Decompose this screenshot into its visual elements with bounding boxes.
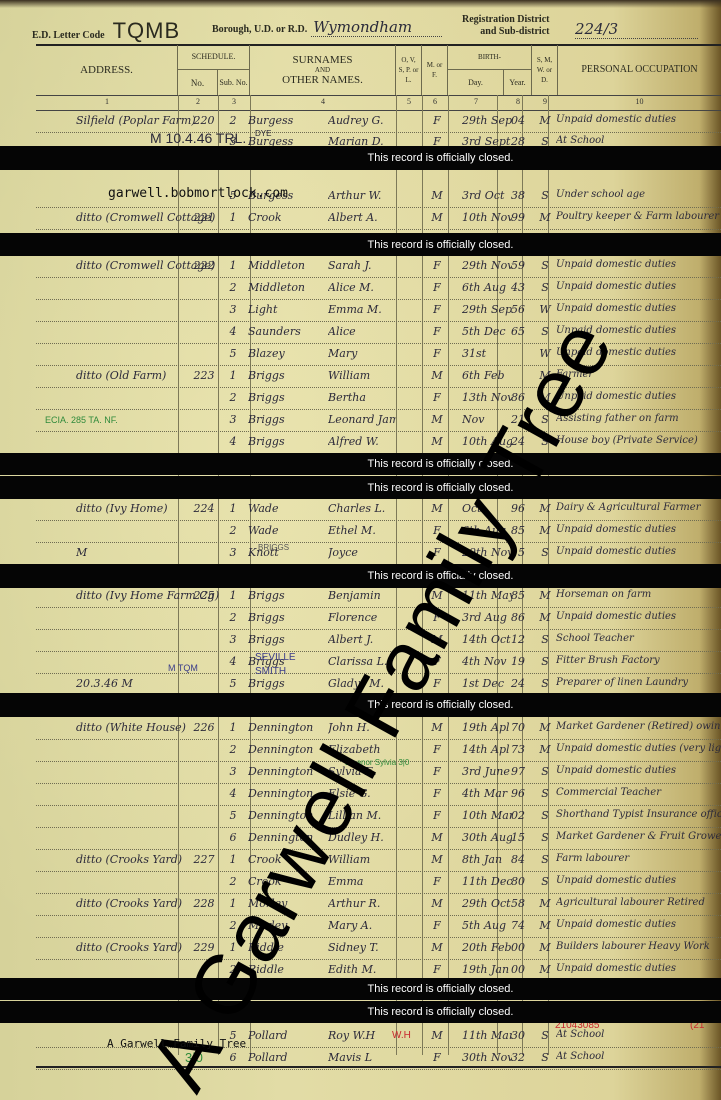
table-row: 4SaundersAliceF5th Dec65SUnpaid domestic… [36,321,721,344]
birth-day-cell: 10th Aug [462,435,512,448]
occupation-cell: Assisting father on farm [556,413,721,424]
sex-cell: F [429,524,445,537]
table-row: 6DenningtonDudley H.M30th Aug15SMarket G… [36,827,721,850]
occupation-cell: Unpaid domestic duties [556,347,721,358]
marital-status-cell: S [536,633,554,646]
address-cell: 20.3.46 M [76,677,226,690]
forename-cell: Roy W.H [328,1029,396,1042]
col-number: 5 [396,97,422,106]
birth-day-cell: 11th Dec [462,875,512,888]
birth-year-cell: 32 [506,1051,530,1064]
schedule-sub-cell: 3 [225,413,241,426]
birth-day-cell: 10th Mar [462,809,512,822]
schedule-sub-cell: 1 [225,941,241,954]
col-occupation: PERSONAL OCCUPATION [558,45,721,95]
birth-year-cell: 97 [506,765,530,778]
schedule-sub-cell: 2 [225,524,241,537]
birth-day-cell: 10th Nov [462,211,512,224]
annotation-smith: SMITH [255,666,286,677]
col-surnames-line3: OTHER NAMES. [282,75,363,85]
birth-day-cell: 4th Nov [462,655,512,668]
birth-year-cell: 02 [506,809,530,822]
marital-status-cell: S [536,281,554,294]
surname-cell: Crook [248,211,328,224]
closed-record-bar: This record is officially closed. [0,564,721,588]
occupation-cell: Unpaid domestic duties [556,391,721,402]
closed-record-bar: This record is officially closed. [0,146,721,170]
sex-cell: F [429,281,445,294]
sex-cell: F [429,347,445,360]
col-number: 6 [422,97,448,106]
schedule-no-cell: 229 [186,941,222,954]
forename-cell: Benjamin [328,589,396,602]
surname-cell: Crook [248,875,328,888]
birth-day-cell: 6th Aug [462,524,512,537]
schedule-sub-cell: 4 [225,787,241,800]
occupation-cell: Unpaid domestic duties [556,546,721,557]
surname-cell: Morley [248,919,328,932]
forename-cell: Florence [328,611,396,624]
surname-cell: Pollard [248,1029,328,1042]
marital-status-cell: M [536,391,554,404]
schedule-sub-cell: 3 [225,765,241,778]
schedule-sub-cell: 1 [225,853,241,866]
marital-status-cell: W [536,347,554,360]
occupation-cell: Unpaid domestic duties [556,919,721,930]
sex-cell: M [429,853,445,866]
occupation-cell: School Teacher [556,633,721,644]
birth-day-cell: 20th Feb [462,941,512,954]
col-number: 1 [36,97,178,106]
census-page: E.D. Letter Code TQMB Borough, U.D. or R… [0,0,721,1100]
schedule-sub-cell: 4 [225,325,241,338]
schedule-no-cell: 226 [186,721,222,734]
schedule-sub-cell: 5 [225,809,241,822]
col-ovspl: O, V, S, P. or L. [396,45,422,95]
occupation-cell: Unpaid domestic duties [556,114,721,125]
birth-day-cell: 11th May [462,589,512,602]
table-row: 3BriggsAlbert J.M14th Oct12SSchool Teach… [36,629,721,652]
table-row: ditto (Ivy Home Farm Cg)2251BriggsBenjam… [36,585,721,608]
occupation-cell: Unpaid domestic duties [556,611,721,622]
surname-cell: Briggs [248,435,328,448]
occupation-cell: Unpaid domestic duties [556,963,721,974]
occupation-cell: Unpaid domestic duties [556,765,721,776]
birth-year-cell: 04 [506,114,530,127]
sex-cell: F [429,546,445,559]
sex-cell: M [429,189,445,202]
table-row: 2MorleyMary A.F5th Aug74MUnpaid domestic… [36,915,721,938]
marital-status-cell: M [536,524,554,537]
schedule-sub-cell: 1 [225,502,241,515]
surname-cell: Saunders [248,325,328,338]
birth-year-cell: 19 [506,655,530,668]
col-schedule: SCHEDULE. [178,45,250,69]
occupation-cell: Farmer [556,369,721,380]
table-row: ditto (Crooks Yard)2291RiddleSidney T.M2… [36,937,721,960]
forename-cell: Audrey G. [328,114,396,127]
sex-cell: M [429,831,445,844]
sex-cell: M [429,369,445,382]
birth-year-cell: 96 [506,787,530,800]
birth-day-cell: 6th Feb [462,369,512,382]
sex-cell: M [429,589,445,602]
forename-cell: Clarissa L. [328,655,396,668]
forename-cell: William [328,369,396,382]
forename-cell: Mary A. [328,919,396,932]
birth-year-cell: 70 [506,721,530,734]
birth-year-cell: 24 [506,435,530,448]
birth-day-cell: 4th Mar [462,787,512,800]
birth-day-cell: 31st [462,347,512,360]
sex-cell: F [429,743,445,756]
col-surnames-line1: SURNAMES [293,55,353,65]
birth-day-cell: 29th Sept [462,114,512,127]
page-bottom-rule [36,1066,721,1068]
forename-cell: Alfred W. [328,435,396,448]
forename-cell: John H. [328,721,396,734]
forename-cell: Elizabeth [328,743,396,756]
birth-year-cell: 84 [506,853,530,866]
occupation-cell: Farm labourer [556,853,721,864]
table-row: 2BriggsBerthaF13th Nov86MUnpaid domestic… [36,387,721,410]
marital-status-cell: S [536,546,554,559]
birth-day-cell: 3rd Aug [462,611,512,624]
col-number: 3 [218,97,250,106]
birth-day-cell: 14th Apl [462,743,512,756]
forename-cell: Alice M. [328,281,396,294]
forename-cell: Edith M. [328,963,396,976]
occupation-cell: Commercial Teacher [556,787,721,798]
schedule-sub-cell: 1 [225,897,241,910]
occupation-cell: Agricultural labourer Retired [556,897,721,908]
closed-record-bar: This record is officially closed. [0,476,721,499]
marital-status-cell: S [536,875,554,888]
table-row: 4BriggsAlfred W.M10th Aug24SHouse boy (P… [36,431,721,454]
sex-cell: F [429,787,445,800]
col-number: 10 [558,97,721,106]
closed-record-bar: This record is officially closed. [0,693,721,717]
sex-cell: M [429,211,445,224]
schedule-sub-cell: 1 [225,721,241,734]
sex-cell: M [429,941,445,954]
table-row: ditto (Crooks Yard)2271CrookWilliamM8th … [36,849,721,872]
table-row: ditto (Cromwell Cottage)2211CrookAlbert … [36,207,721,230]
occupation-cell: Unpaid domestic duties [556,281,721,292]
table-row: 4BriggsClarissa L.F4th Nov19SFitter Brus… [36,651,721,674]
schedule-sub-cell: 1 [225,589,241,602]
birth-year-cell: 00 [506,941,530,954]
sex-cell: M [429,502,445,515]
occupation-cell: Market Gardener (Retired) owing to healt… [556,721,721,732]
birth-year-cell: 96 [506,502,530,515]
forename-cell: Sarah J. [328,259,396,272]
sex-cell: M [429,633,445,646]
annotation-trl: M 10.4.46 TRL. [150,130,246,146]
ed-letter-code-label: E.D. Letter Code [32,30,105,41]
col-birth-year: Year. [504,69,532,95]
occupation-cell: Horseman on farm [556,589,721,600]
sex-cell: F [429,655,445,668]
surname-cell: Middleton [248,281,328,294]
col-number: 9 [532,97,558,106]
birth-day-cell: Oct [462,502,512,515]
marital-status-cell: M [536,589,554,602]
birth-day-cell: 29th Sept [462,303,512,316]
sex-cell: F [429,875,445,888]
birth-year-cell: 74 [506,919,530,932]
birth-year-cell: 30 [506,1029,530,1042]
annotation-310: 3|0 [185,1050,203,1065]
marital-status-cell: S [536,787,554,800]
column-numbers: 1 2 3 4 5 6 7 8 9 10 [36,95,721,111]
surname-cell: Dennington [248,743,328,756]
surname-cell: Blazey [248,347,328,360]
sex-cell: F [429,611,445,624]
schedule-no-cell: 220 [186,114,222,127]
schedule-no-cell: 225 [186,589,222,602]
surname-cell: Dennington [248,787,328,800]
forename-cell: Emma [328,875,396,888]
schedule-sub-cell: 2 [225,114,241,127]
table-row: ditto (Cromwell Cottage)2221MiddletonSar… [36,255,721,278]
forename-cell: William [328,853,396,866]
schedule-sub-cell: 6 [225,831,241,844]
occupation-cell: Poultry keeper & Farm labourer (Heavy wo… [556,211,721,222]
surname-cell: Riddle [248,941,328,954]
birth-day-cell: 5th Aug [462,919,512,932]
forename-cell: Leonard James [328,413,396,426]
surname-cell: Briggs [248,369,328,382]
forename-cell: Sidney T. [328,941,396,954]
birth-day-cell: 29th Oct [462,897,512,910]
surname-cell: Dennington [248,721,328,734]
birth-year-cell: 00 [506,963,530,976]
registration-district-label: Registration District and Sub-district [462,14,549,44]
col-birth: BIRTH- [448,45,532,69]
occupation-cell: Unpaid domestic duties [556,303,721,314]
sex-cell: M [429,897,445,910]
surname-cell: Dennington [248,831,328,844]
birth-day-cell: 19th Apl [462,721,512,734]
birth-year-cell: 73 [506,743,530,756]
forename-cell: Arthur R. [328,897,396,910]
schedule-sub-cell: 2 [225,743,241,756]
forename-cell: Joyce [328,546,396,559]
marital-status-cell: M [536,611,554,624]
forename-cell: Charles L. [328,502,396,515]
occupation-cell: At School [556,1051,721,1062]
marital-status-cell: M [536,941,554,954]
sex-cell: F [429,303,445,316]
table-row: M3KnottJoyceF29th Nov15SUnpaid domestic … [36,542,721,565]
birth-day-cell: 11th Mar [462,1029,512,1042]
surname-cell: Burgess [248,114,328,127]
schedule-sub-cell: 1 [225,369,241,382]
marital-status-cell: S [536,1051,554,1064]
occupation-cell: Unpaid domestic duties [556,524,721,535]
forename-cell: Lillian M. [328,809,396,822]
address-cell: M [76,546,226,559]
col-number: 8 [504,97,532,106]
surname-cell: Riddle [248,963,328,976]
table-row: 3LightEmma M.F29th Sept56WUnpaid domesti… [36,299,721,322]
sex-cell: F [429,1051,445,1064]
surname-cell: Wade [248,502,328,515]
birth-day-cell: 19th Jan [462,963,512,976]
forename-cell: Mary [328,347,396,360]
annotation-tqm: M TQM [168,663,198,673]
birth-day-cell: 13th Nov [462,391,512,404]
schedule-no-cell: 224 [186,502,222,515]
table-row: 2BriggsFlorenceF3rd Aug86MUnpaid domesti… [36,607,721,630]
annotation-dye: DYE [255,129,271,138]
surname-cell: Crook [248,853,328,866]
occupation-cell: Unpaid domestic duties [556,325,721,336]
occupation-cell: Unpaid domestic duties [556,875,721,886]
col-number: 7 [448,97,504,106]
sex-cell: F [429,677,445,690]
birth-day-cell: 29th Nov [462,259,512,272]
marital-status-cell: S [536,765,554,778]
annotation-seville: SEVILLE [255,652,296,663]
birth-day-cell: 30th Nov [462,1051,512,1064]
marital-status-cell: S [536,325,554,338]
forename-cell: Gladys M. [328,677,396,690]
registration-label-line1: Registration District [462,14,549,26]
marital-status-cell: M [536,721,554,734]
schedule-sub-cell: 1 [225,211,241,224]
birth-day-cell: 5th Dec [462,325,512,338]
marital-status-cell: M [536,211,554,224]
birth-year-cell: 43 [506,281,530,294]
ed-letter-code-value: TQMB [109,18,185,45]
marital-status-cell: M [536,919,554,932]
surname-cell: Pollard [248,1051,328,1064]
col-surnames: SURNAMES AND OTHER NAMES. [250,45,396,95]
birth-year-cell: 38 [506,189,530,202]
annotation-wh: W.H [392,1030,411,1041]
sex-cell: F [429,765,445,778]
birth-day-cell: 1st Dec [462,677,512,690]
marital-status-cell: M [536,114,554,127]
birth-year-cell: 99 [506,211,530,224]
column-headers: ADDRESS. SCHEDULE. No. Sub. No. SURNAMES… [36,45,721,95]
forename-cell: Dudley H. [328,831,396,844]
surname-cell: Morley [248,897,328,910]
closed-record-bar: This record is officially closed. [0,233,721,256]
watermark-url: garwell.bobmortlock.com [108,186,288,201]
schedule-sub-cell: 2 [225,391,241,404]
marital-status-cell: S [536,259,554,272]
forename-cell: Mavis L [328,1051,396,1064]
table-row: 5BlazeyMaryF31stWUnpaid domestic duties [36,343,721,366]
birth-day-cell: 14th Oct [462,633,512,646]
table-row: ditto (Crooks Yard)2281MorleyArthur R.M2… [36,893,721,916]
marital-status-cell: S [536,831,554,844]
birth-day-cell: 30th Aug [462,831,512,844]
borough-label: Borough, U.D. or R.D. [212,24,307,35]
sex-cell: F [429,114,445,127]
birth-day-cell: Nov [462,413,512,426]
table-row: 3BriggsLeonard JamesMNov21SAssisting fat… [36,409,721,432]
annotation-ecia: ECIA. 285 TA. NF. [45,415,118,425]
col-number: 4 [250,97,396,106]
forename-cell: Bertha [328,391,396,404]
sex-cell: F [429,391,445,404]
forename-cell: Ethel M. [328,524,396,537]
occupation-cell: Preparer of linen Laundry [556,677,721,688]
table-row: Silfield (Poplar Farm)2202BurgessAudrey … [36,110,721,133]
birth-day-cell: 8th Jan [462,853,512,866]
marital-status-cell: S [536,1029,554,1042]
birth-year-cell: 65 [506,325,530,338]
birth-year-cell: 86 [506,391,530,404]
table-row: 2MiddletonAlice M.F6th Aug43SUnpaid dome… [36,277,721,300]
page-edge-shadow [0,0,721,8]
annotation-eleanor: Eleanor Sylvia 3|0 [345,758,409,767]
birth-year-cell: 24 [506,677,530,690]
table-row: ditto (Old Farm)2231BriggsWilliamM6th Fe… [36,365,721,388]
birth-day-cell: 6th Aug [462,281,512,294]
surname-cell: Wade [248,524,328,537]
occupation-cell: Fitter Brush Factory [556,655,721,666]
birth-year-cell: 21 [506,413,530,426]
forename-cell: Albert A. [328,211,396,224]
schedule-sub-cell: 4 [225,435,241,448]
schedule-no-cell: 221 [186,211,222,224]
marital-status-cell: M [536,743,554,756]
occupation-cell: Dairy & Agricultural Farmer [556,502,721,513]
forename-cell: Arthur W. [328,189,396,202]
forename-cell: Elsie G. [328,787,396,800]
surname-cell: Dennington [248,809,328,822]
surname-cell: Briggs [248,677,328,690]
birth-year-cell: 80 [506,875,530,888]
col-number: 2 [178,97,218,106]
occupation-cell: At School [556,135,721,146]
sex-cell: M [429,1029,445,1042]
surname-cell: Middleton [248,259,328,272]
col-birth-day: Day. [448,69,504,95]
col-schedule-sub: Sub. No. [218,69,250,95]
marital-status-cell: S [536,853,554,866]
marital-status-cell: M [536,369,554,382]
birth-year-cell: 86 [506,611,530,624]
birth-year-cell: 12 [506,633,530,646]
marital-status-cell: S [536,677,554,690]
annotation-briggs: BRIGGS [258,543,289,552]
schedule-sub-cell: 4 [225,655,241,668]
marital-status-cell: S [536,413,554,426]
schedule-sub-cell: 5 [225,677,241,690]
schedule-sub-cell: 2 [225,281,241,294]
table-row: 5DenningtonLillian M.F10th Mar02SShortha… [36,805,721,828]
birth-year-cell: 85 [506,589,530,602]
schedule-sub-cell: 2 [225,611,241,624]
schedule-no-cell: 228 [186,897,222,910]
surname-cell: Briggs [248,633,328,646]
sex-cell: M [429,721,445,734]
forename-cell: Albert J. [328,633,396,646]
schedule-sub-cell: 3 [225,633,241,646]
surname-cell: Briggs [248,413,328,426]
marital-status-cell: M [536,963,554,976]
marital-status-cell: S [536,435,554,448]
schedule-sub-cell: 5 [225,347,241,360]
birth-day-cell: 29th Nov [462,546,512,559]
birth-year-cell: 59 [506,259,530,272]
